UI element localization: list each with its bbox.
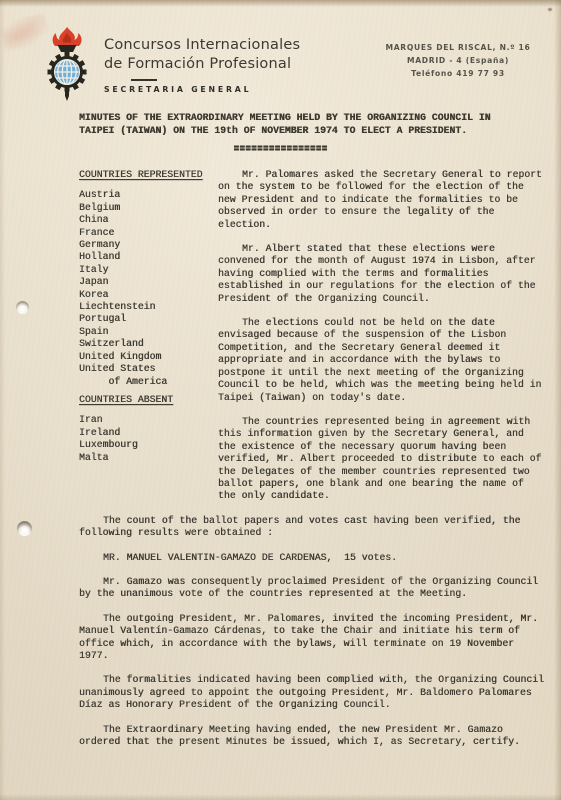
paragraph: The Extraordinary Meeting having ended, … [79, 724, 546, 749]
paragraph: The elections could not be held on the d… [218, 317, 546, 404]
paragraph: The countries represented being in agree… [218, 416, 546, 503]
country-item: Japan [79, 276, 218, 288]
brand-line-2: de Formación Profesional [104, 55, 300, 74]
paragraph: Mr. Gamazo was consequently proclaimed P… [79, 576, 546, 601]
country-item: Korea [79, 289, 218, 301]
punch-hole-top [16, 301, 29, 314]
country-item: of America [79, 376, 218, 388]
scanned-minutes-page: Concursos Internacionales de Formación P… [0, 0, 561, 800]
country-item: Belgium [79, 202, 218, 214]
country-item: France [79, 227, 218, 239]
country-item: Holland [79, 251, 218, 263]
title-divider: ================ [0, 143, 561, 154]
brand-line-1: Concursos Internacionales [104, 36, 300, 55]
letterhead-address: MARQUES DEL RISCAL, N.º 16 MADRID - 4 (E… [372, 41, 544, 80]
address-line: Teléfono 419 77 93 [372, 67, 544, 80]
organization-name: Concursos Internacionales de Formación P… [104, 36, 300, 94]
country-item: Italy [79, 264, 218, 276]
countries-column: COUNTRIES REPRESENTED Austria Belgium Ch… [79, 169, 218, 464]
country-item: Germany [79, 239, 218, 251]
country-item: United Kingdom [79, 351, 218, 363]
title-line-1: MINUTES OF THE EXTRAORDINARY MEETING HEL… [79, 111, 546, 124]
address-line: MARQUES DEL RISCAL, N.º 16 [372, 41, 544, 54]
document-body: COUNTRIES REPRESENTED Austria Belgium Ch… [79, 169, 546, 748]
country-item: Ireland [79, 427, 218, 439]
address-line: MADRID - 4 (España) [372, 54, 544, 67]
paragraph: The formalities indicated having been co… [79, 674, 546, 711]
title-line-2: TAIPEI (TAIWAN) ON THE 19th OF NOVEMBER … [79, 124, 546, 137]
minutes-full-width-section: The count of the ballot papers and votes… [79, 515, 546, 749]
country-item: United States [79, 363, 218, 375]
country-item: Spain [79, 326, 218, 338]
countries-represented-heading: COUNTRIES REPRESENTED [79, 169, 218, 181]
country-item: Luxembourg [79, 439, 218, 451]
minutes-text-column: Mr. Palomares asked the Secretary Genera… [218, 169, 546, 503]
country-item: Portugal [79, 313, 218, 325]
paragraph: The outgoing President, Mr. Palomares, i… [79, 613, 546, 663]
country-item: Austria [79, 189, 218, 201]
paper-speck [548, 8, 552, 11]
country-item: China [79, 214, 218, 226]
department-label: SECRETARIA GENERAL [104, 85, 300, 94]
vote-result-line: MR. MANUEL VALENTIN-GAMAZO DE CARDENAS, … [79, 552, 546, 564]
torch-cup [58, 45, 77, 52]
brand-rule [131, 79, 157, 81]
country-item: Malta [79, 452, 218, 464]
paragraph: The count of the ballot papers and votes… [79, 515, 546, 540]
country-item: Liechtenstein [79, 301, 218, 313]
paragraph: Mr. Palomares asked the Secretary Genera… [218, 169, 546, 231]
torch-globe-gear-logo-icon [39, 26, 95, 104]
paragraph: Mr. Albert stated that these elections w… [218, 243, 546, 305]
country-item: Iran [79, 414, 218, 426]
document-title: MINUTES OF THE EXTRAORDINARY MEETING HEL… [79, 111, 546, 137]
countries-absent-heading: COUNTRIES ABSENT [79, 394, 218, 406]
punch-hole-bottom [17, 521, 32, 536]
country-item: Switzerland [79, 338, 218, 350]
